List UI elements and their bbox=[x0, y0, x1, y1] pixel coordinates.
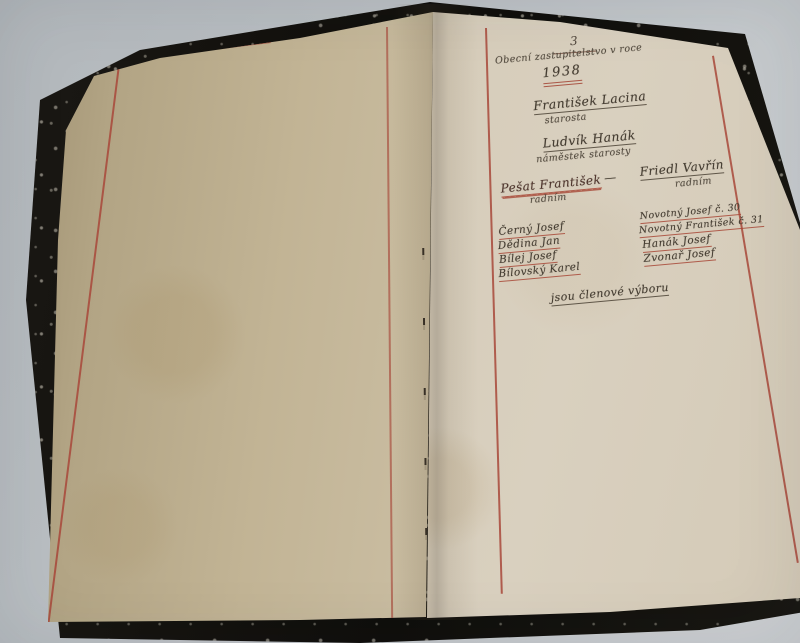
binding-seam-shadow bbox=[392, 4, 478, 620]
official-role-mayor: starosta bbox=[544, 112, 587, 127]
official-name-mayor: František Lacina bbox=[533, 88, 647, 115]
closing-note: jsou členové výboru bbox=[550, 281, 669, 307]
notebook-photo: 2 3 Obecní zastupitelstvo v roce 1938 Fr… bbox=[0, 0, 800, 643]
councilman-right-role: radním bbox=[675, 175, 713, 189]
record-year: 1938 bbox=[542, 63, 583, 87]
councilman-left-role: radním bbox=[529, 192, 567, 206]
councilmen-separator: — bbox=[604, 170, 618, 185]
